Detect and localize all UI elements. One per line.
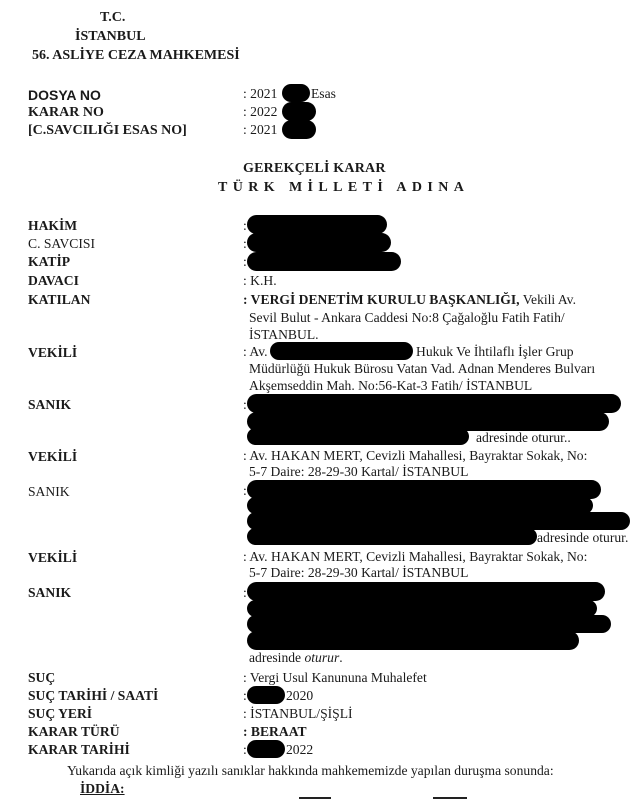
- vekili3-line2: 5-7 Daire: 28-29-30 Kartal/ İSTANBUL: [249, 565, 468, 581]
- vekili2-label: VEKİLİ: [28, 449, 77, 465]
- suc-tarihi-label: SUÇ TARİHİ / SAATİ: [28, 688, 158, 704]
- katilan-value-line3: İSTANBUL.: [249, 327, 319, 343]
- redaction: [247, 394, 621, 413]
- davaci-label: DAVACI: [28, 273, 79, 289]
- section-heading-iddia: İDDİA:: [80, 781, 125, 797]
- katilan-label: KATILAN: [28, 292, 90, 308]
- katilan-org: : VERGİ DENETİM KURULU BAŞKANLIĞI,: [243, 292, 520, 307]
- vekili1-line3: Akşemseddin Mah. No:56-Kat-3 Fatih/ İSTA…: [249, 378, 532, 394]
- header-court: 56. ASLİYE CEZA MAHKEMESİ: [32, 48, 240, 64]
- redaction: [247, 686, 285, 704]
- cutoff-redaction: [299, 797, 331, 799]
- sanik1-tail: adresinde oturur..: [476, 430, 571, 446]
- header-city: İSTANBUL: [75, 29, 146, 45]
- redaction: [247, 631, 579, 650]
- redaction: [247, 428, 469, 445]
- sanik3-tail-italic: oturur: [304, 650, 339, 665]
- vekili2-line2: 5-7 Daire: 28-29-30 Kartal/ İSTANBUL: [249, 464, 468, 480]
- cutoff-redaction: [433, 797, 467, 799]
- vekili2-line1: : Av. HAKAN MERT, Cevizli Mahallesi, Bay…: [243, 448, 587, 464]
- sanik3-tail-plain: adresinde: [249, 650, 304, 665]
- sanik1-label: SANIK: [28, 397, 71, 413]
- redaction: [247, 582, 605, 601]
- suc-yeri-label: SUÇ YERİ: [28, 706, 92, 722]
- redaction: [282, 120, 316, 139]
- sanik3-tail: adresinde oturur.: [249, 650, 343, 666]
- davaci-value: : K.H.: [243, 273, 277, 289]
- dosya-no-label: DOSYA NO: [28, 87, 101, 103]
- katip-label: KATİP: [28, 254, 70, 270]
- karar-turu-label: KARAR TÜRÜ: [28, 724, 120, 740]
- vekili1-label: VEKİLİ: [28, 345, 77, 361]
- header-tc: T.C.: [100, 10, 125, 26]
- dosya-no-suffix: Esas: [311, 86, 336, 102]
- redaction: [247, 233, 391, 252]
- vekili1-line2: Müdürlüğü Hukuk Bürosu Vatan Vad. Adnan …: [249, 361, 595, 377]
- hakim-label: HAKİM: [28, 218, 77, 234]
- katilan-value-line2: Sevil Bulut - Ankara Caddesi No:8 Çağalo…: [249, 310, 565, 326]
- document-title: GEREKÇELİ KARAR: [243, 161, 386, 177]
- dosya-no-value: : 2021: [243, 86, 277, 102]
- redaction: [247, 215, 387, 234]
- vekili3-label: VEKİLİ: [28, 550, 77, 566]
- redaction: [247, 740, 285, 758]
- sanik3-tail-end: .: [339, 650, 342, 665]
- suc-tarihi-value: 2020: [286, 688, 313, 704]
- vekili3-line1: : Av. HAKAN MERT, Cevizli Mahallesi, Bay…: [243, 549, 587, 565]
- suc-yeri-value: : İSTANBUL/ŞİŞLİ: [243, 706, 353, 722]
- karar-no-value: : 2022: [243, 104, 277, 120]
- redaction: [282, 102, 316, 121]
- katilan-value-line1: : VERGİ DENETİM KURULU BAŞKANLIĞI, Vekil…: [243, 292, 576, 308]
- suc-label: SUÇ: [28, 670, 55, 686]
- sanik2-label: SANIK: [28, 484, 70, 500]
- savci-label: C. SAVCISI: [28, 236, 95, 252]
- redaction: [247, 528, 537, 545]
- sanik3-label: SANIK: [28, 585, 71, 601]
- vekili1-line1: Hukuk Ve İhtilaflı İşler Grup: [416, 344, 574, 360]
- redaction: [282, 84, 310, 102]
- vekili1-prefix: : Av.: [243, 344, 268, 360]
- document-subtitle: TÜRK MİLLETİ ADINA: [218, 180, 469, 196]
- redaction: [247, 252, 401, 271]
- intro-paragraph: Yukarıda açık kimliği yazılı sanıklar ha…: [67, 763, 554, 779]
- savcilik-esas-label: [C.SAVCILIĞI ESAS NO]: [28, 123, 187, 139]
- karar-tarihi-label: KARAR TARİHİ: [28, 742, 130, 758]
- sanik2-tail: adresinde oturur.: [537, 530, 628, 546]
- suc-value: : Vergi Usul Kanununa Muhalefet: [243, 670, 427, 686]
- redaction: [270, 342, 413, 360]
- karar-no-label: KARAR NO: [28, 105, 104, 121]
- karar-tarihi-value: 2022: [286, 742, 313, 758]
- katilan-rest: Vekili Av.: [520, 292, 576, 307]
- savcilik-esas-value: : 2021: [243, 122, 277, 138]
- karar-turu-value: : BERAAT: [243, 724, 307, 740]
